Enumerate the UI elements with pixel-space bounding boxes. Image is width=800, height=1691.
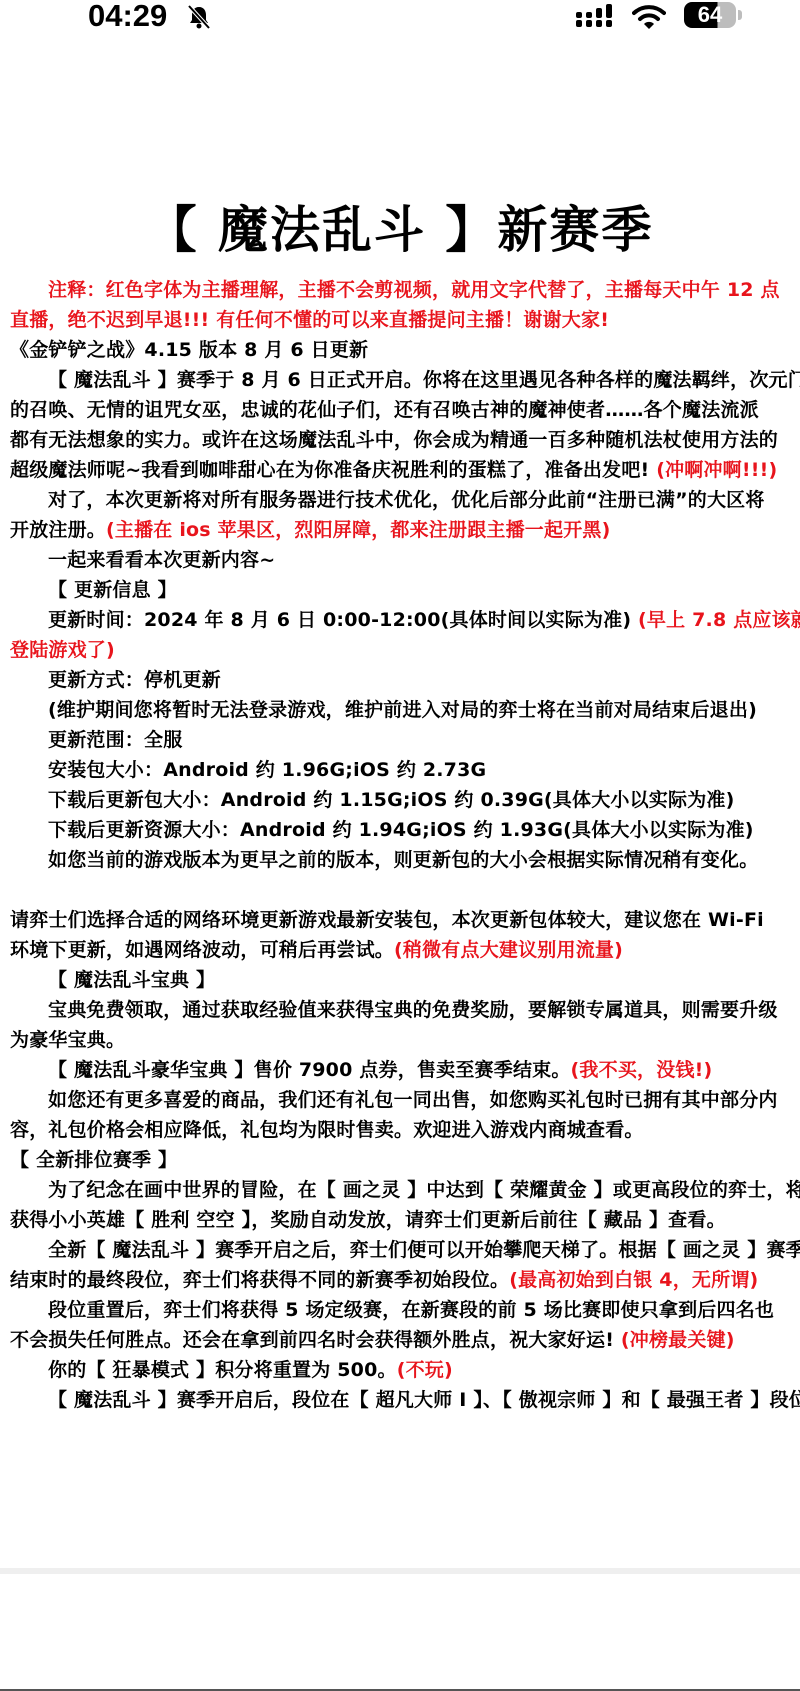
paragraph-line: 你的【 狂暴模式 】积分将重置为 500。(不玩) [48, 1356, 453, 1384]
body-text: (维护期间您将暂时无法登录游戏，维护前进入对局的弈士将在当前对局结束后退出) [48, 699, 757, 721]
paragraph-line: 为豪华宝典。 [10, 1026, 125, 1054]
streamer-comment-text: 登陆游戏了) [10, 639, 115, 661]
paragraph-line: 《金铲铲之战》4.15 版本 8 月 6 日更新 [10, 336, 368, 364]
paragraph-line: 对了，本次更新将对所有服务器进行技术优化，优化后部分此前“注册已满”的大区将 [48, 486, 765, 514]
body-text: 你的【 狂暴模式 】积分将重置为 500。 [48, 1359, 397, 1381]
body-text: 容，礼包价格会相应降低，礼包均为限时售卖。欢迎进入游戏内商城查看。 [10, 1119, 644, 1141]
paragraph-line: 的召唤、无情的诅咒女巫，忠诚的花仙子们，还有召唤古神的魔神使者……各个魔法流派 [10, 396, 759, 424]
page-title: 【 魔法乱斗 】新赛季 [0, 198, 800, 262]
paragraph-line: 都有无法想象的实力。或许在这场魔法乱斗中，你会成为精通一百多种随机法杖使用方法的 [10, 426, 778, 454]
paragraph-line: 环境下更新，如遇网络波动，可稍后再尝试。(稍微有点大建议别用流量) [10, 936, 623, 964]
paragraph-line: 获得小小英雄【 胜利 空空 】，奖励自动发放，请弈士们更新后前往【 藏品 】查看… [10, 1206, 726, 1234]
body-text: 段位重置后，弈士们将获得 5 场定级赛，在新赛段的前 5 场比赛即使只拿到后四名… [48, 1299, 774, 1321]
paragraph-line: 【 魔法乱斗 】赛季开启后，段位在【 超凡大师 I 】、【 傲视宗师 】和【 最… [48, 1386, 800, 1414]
body-text: 更新方式：停机更新 [48, 669, 221, 691]
body-text: 为了纪念在画中世界的冒险，在【 画之灵 】中达到【 荣耀黄金 】或更高段位的弈士… [48, 1179, 800, 1201]
paragraph-line: 宝典免费领取，通过获取经验值来获得宝典的免费奖励，要解锁专属道具，则需要升级 [48, 996, 778, 1024]
battery-cap [738, 10, 742, 20]
body-text: 宝典免费领取，通过获取经验值来获得宝典的免费奖励，要解锁专属道具，则需要升级 [48, 999, 778, 1021]
paragraph-line: 【 更新信息 】 [48, 576, 177, 604]
body-text: 【 更新信息 】 [48, 579, 177, 601]
body-text: 安装包大小：Android 约 1.96G;iOS 约 2.73G [48, 759, 486, 781]
paragraph-line: 【 魔法乱斗豪华宝典 】售价 7900 点券，售卖至赛季结束。(我不买，没钱!) [48, 1056, 712, 1084]
paragraph-line: 更新方式：停机更新 [48, 666, 221, 694]
body-text: 一起来看看本次更新内容~ [48, 549, 275, 571]
paragraph-line: 登陆游戏了) [10, 636, 115, 664]
paragraph-line: 直播，绝不迟到早退!!! 有任何不懂的可以来直播提问主播！谢谢大家! [10, 306, 609, 334]
streamer-comment-text: (冲啊冲啊!!!) [656, 459, 777, 481]
wifi-icon [632, 4, 666, 30]
body-text: 的召唤、无情的诅咒女巫，忠诚的花仙子们，还有召唤古神的魔神使者……各个魔法流派 [10, 399, 759, 421]
streamer-comment-text: (我不买，没钱!) [571, 1059, 713, 1081]
body-text: 获得小小英雄【 胜利 空空 】，奖励自动发放，请弈士们更新后前往【 藏品 】查看… [10, 1209, 726, 1231]
streamer-comment-text: (冲榜最关键) [621, 1329, 735, 1351]
body-text: 【 魔法乱斗 】赛季于 8 月 6 日正式开启。你将在这里遇见各种各样的魔法羁绊… [48, 369, 800, 391]
body-text: 更新范围：全服 [48, 729, 182, 751]
paragraph-line: (维护期间您将暂时无法登录游戏，维护前进入对局的弈士将在当前对局结束后退出) [48, 696, 757, 724]
body-text: 更新时间：2024 年 8 月 6 日 0:00-12:00(具体时间以实际为准… [48, 609, 638, 631]
body-text: 【 魔法乱斗豪华宝典 】售价 7900 点券，售卖至赛季结束。 [48, 1059, 571, 1081]
paragraph-line: 容，礼包价格会相应降低，礼包均为限时售卖。欢迎进入游戏内商城查看。 [10, 1116, 644, 1144]
paragraph-line: 安装包大小：Android 约 1.96G;iOS 约 2.73G [48, 756, 486, 784]
body-text: 不会损失任何胜点。还会在拿到前四名时会获得额外胜点，祝大家好运! [10, 1329, 621, 1351]
streamer-comment-text: 注释：红色字体为主播理解，主播不会剪视频，就用文字代替了，主播每天中午 12 点 [48, 279, 780, 301]
streamer-comment-text: (最高初始到白银 4，无所谓) [509, 1269, 758, 1291]
paragraph-line: 全新【 魔法乱斗 】赛季开启之后，弈士们便可以开始攀爬天梯了。根据【 画之灵 】… [48, 1236, 800, 1264]
bell-slash-icon [186, 4, 212, 30]
paragraph-line: 注释：红色字体为主播理解，主播不会剪视频，就用文字代替了，主播每天中午 12 点 [48, 276, 780, 304]
paragraph-line: 更新时间：2024 年 8 月 6 日 0:00-12:00(具体时间以实际为准… [48, 606, 800, 634]
status-bar: 04:29 64 [0, 0, 800, 40]
status-time: 04:29 [88, 0, 167, 32]
body-text: 下载后更新资源大小：Android 约 1.94G;iOS 约 1.93G(具体… [48, 819, 754, 841]
paragraph-line: 超级魔法师呢~我看到咖啡甜心在为你准备庆祝胜利的蛋糕了，准备出发吧! (冲啊冲啊… [10, 456, 777, 484]
paragraph-line: 下载后更新资源大小：Android 约 1.94G;iOS 约 1.93G(具体… [48, 816, 754, 844]
body-text: 开放注册。 [10, 519, 106, 541]
battery-icon: 64 [684, 2, 736, 28]
paragraph-line: 如您当前的游戏版本为更早之前的版本，则更新包的大小会根据实际情况稍有变化。 [48, 846, 758, 874]
body-text: 对了，本次更新将对所有服务器进行技术优化，优化后部分此前“注册已满”的大区将 [48, 489, 765, 511]
paragraph-line: 【 全新排位赛季 】 [10, 1146, 177, 1174]
body-text: 【 全新排位赛季 】 [10, 1149, 177, 1171]
paragraph-line: 开放注册。(主播在 ios 苹果区，烈阳屏障，都来注册跟主播一起开黑) [10, 516, 611, 544]
body-text: 为豪华宝典。 [10, 1029, 125, 1051]
body-text: 超级魔法师呢~我看到咖啡甜心在为你准备庆祝胜利的蛋糕了，准备出发吧! [10, 459, 656, 481]
body-text: 如您当前的游戏版本为更早之前的版本，则更新包的大小会根据实际情况稍有变化。 [48, 849, 758, 871]
streamer-comment-text: (早上 7.8 点应该就能 [638, 609, 800, 631]
paragraph-line: 【 魔法乱斗宝典 】 [48, 966, 215, 994]
body-text: 【 魔法乱斗 】赛季开启后，段位在【 超凡大师 I 】、【 傲视宗师 】和【 最… [48, 1389, 800, 1411]
paragraph-line: 结束时的最终段位，弈士们将获得不同的新赛季初始段位。(最高初始到白银 4，无所谓… [10, 1266, 758, 1294]
body-text: 【 魔法乱斗宝典 】 [48, 969, 215, 991]
paragraph-line: 下载后更新包大小：Android 约 1.15G;iOS 约 0.39G(具体大… [48, 786, 735, 814]
paragraph-line: 【 魔法乱斗 】赛季于 8 月 6 日正式开启。你将在这里遇见各种各样的魔法羁绊… [48, 366, 800, 394]
streamer-comment-text: 直播，绝不迟到早退!!! 有任何不懂的可以来直播提问主播！谢谢大家! [10, 309, 609, 331]
cellular-signal-icon [576, 4, 618, 28]
paragraph-line: 请弈士们选择合适的网络环境更新游戏最新安装包，本次更新包体较大，建议您在 Wi-… [10, 906, 764, 934]
paragraph-line: 更新范围：全服 [48, 726, 182, 754]
body-text: 下载后更新包大小：Android 约 1.15G;iOS 约 0.39G(具体大… [48, 789, 735, 811]
body-text: 请弈士们选择合适的网络环境更新游戏最新安装包，本次更新包体较大，建议您在 Wi-… [10, 909, 764, 931]
streamer-comment-text: (不玩) [397, 1359, 453, 1381]
paragraph-line: 为了纪念在画中世界的冒险，在【 画之灵 】中达到【 荣耀黄金 】或更高段位的弈士… [48, 1176, 800, 1204]
body-text: 都有无法想象的实力。或许在这场魔法乱斗中，你会成为精通一百多种随机法杖使用方法的 [10, 429, 778, 451]
paragraph-line: 不会损失任何胜点。还会在拿到前四名时会获得额外胜点，祝大家好运! (冲榜最关键) [10, 1326, 735, 1354]
body-text: 结束时的最终段位，弈士们将获得不同的新赛季初始段位。 [10, 1269, 509, 1291]
streamer-comment-text: (主播在 ios 苹果区，烈阳屏障，都来注册跟主播一起开黑) [106, 519, 610, 541]
body-text: 《金铲铲之战》4.15 版本 8 月 6 日更新 [10, 339, 368, 361]
paragraph-line: 如您还有更多喜爱的商品，我们还有礼包一同出售，如您购买礼包时已拥有其中部分内 [48, 1086, 778, 1114]
body-text: 如您还有更多喜爱的商品，我们还有礼包一同出售，如您购买礼包时已拥有其中部分内 [48, 1089, 778, 1111]
paragraph-line: 一起来看看本次更新内容~ [48, 546, 275, 574]
battery-level: 64 [698, 2, 722, 27]
streamer-comment-text: (稍微有点大建议别用流量) [394, 939, 623, 961]
body-text: 全新【 魔法乱斗 】赛季开启之后，弈士们便可以开始攀爬天梯了。根据【 画之灵 】… [48, 1239, 800, 1261]
paragraph-line: 段位重置后，弈士们将获得 5 场定级赛，在新赛段的前 5 场比赛即使只拿到后四名… [48, 1296, 774, 1324]
body-text: 环境下更新，如遇网络波动，可稍后再尝试。 [10, 939, 394, 961]
divider [0, 1568, 800, 1574]
